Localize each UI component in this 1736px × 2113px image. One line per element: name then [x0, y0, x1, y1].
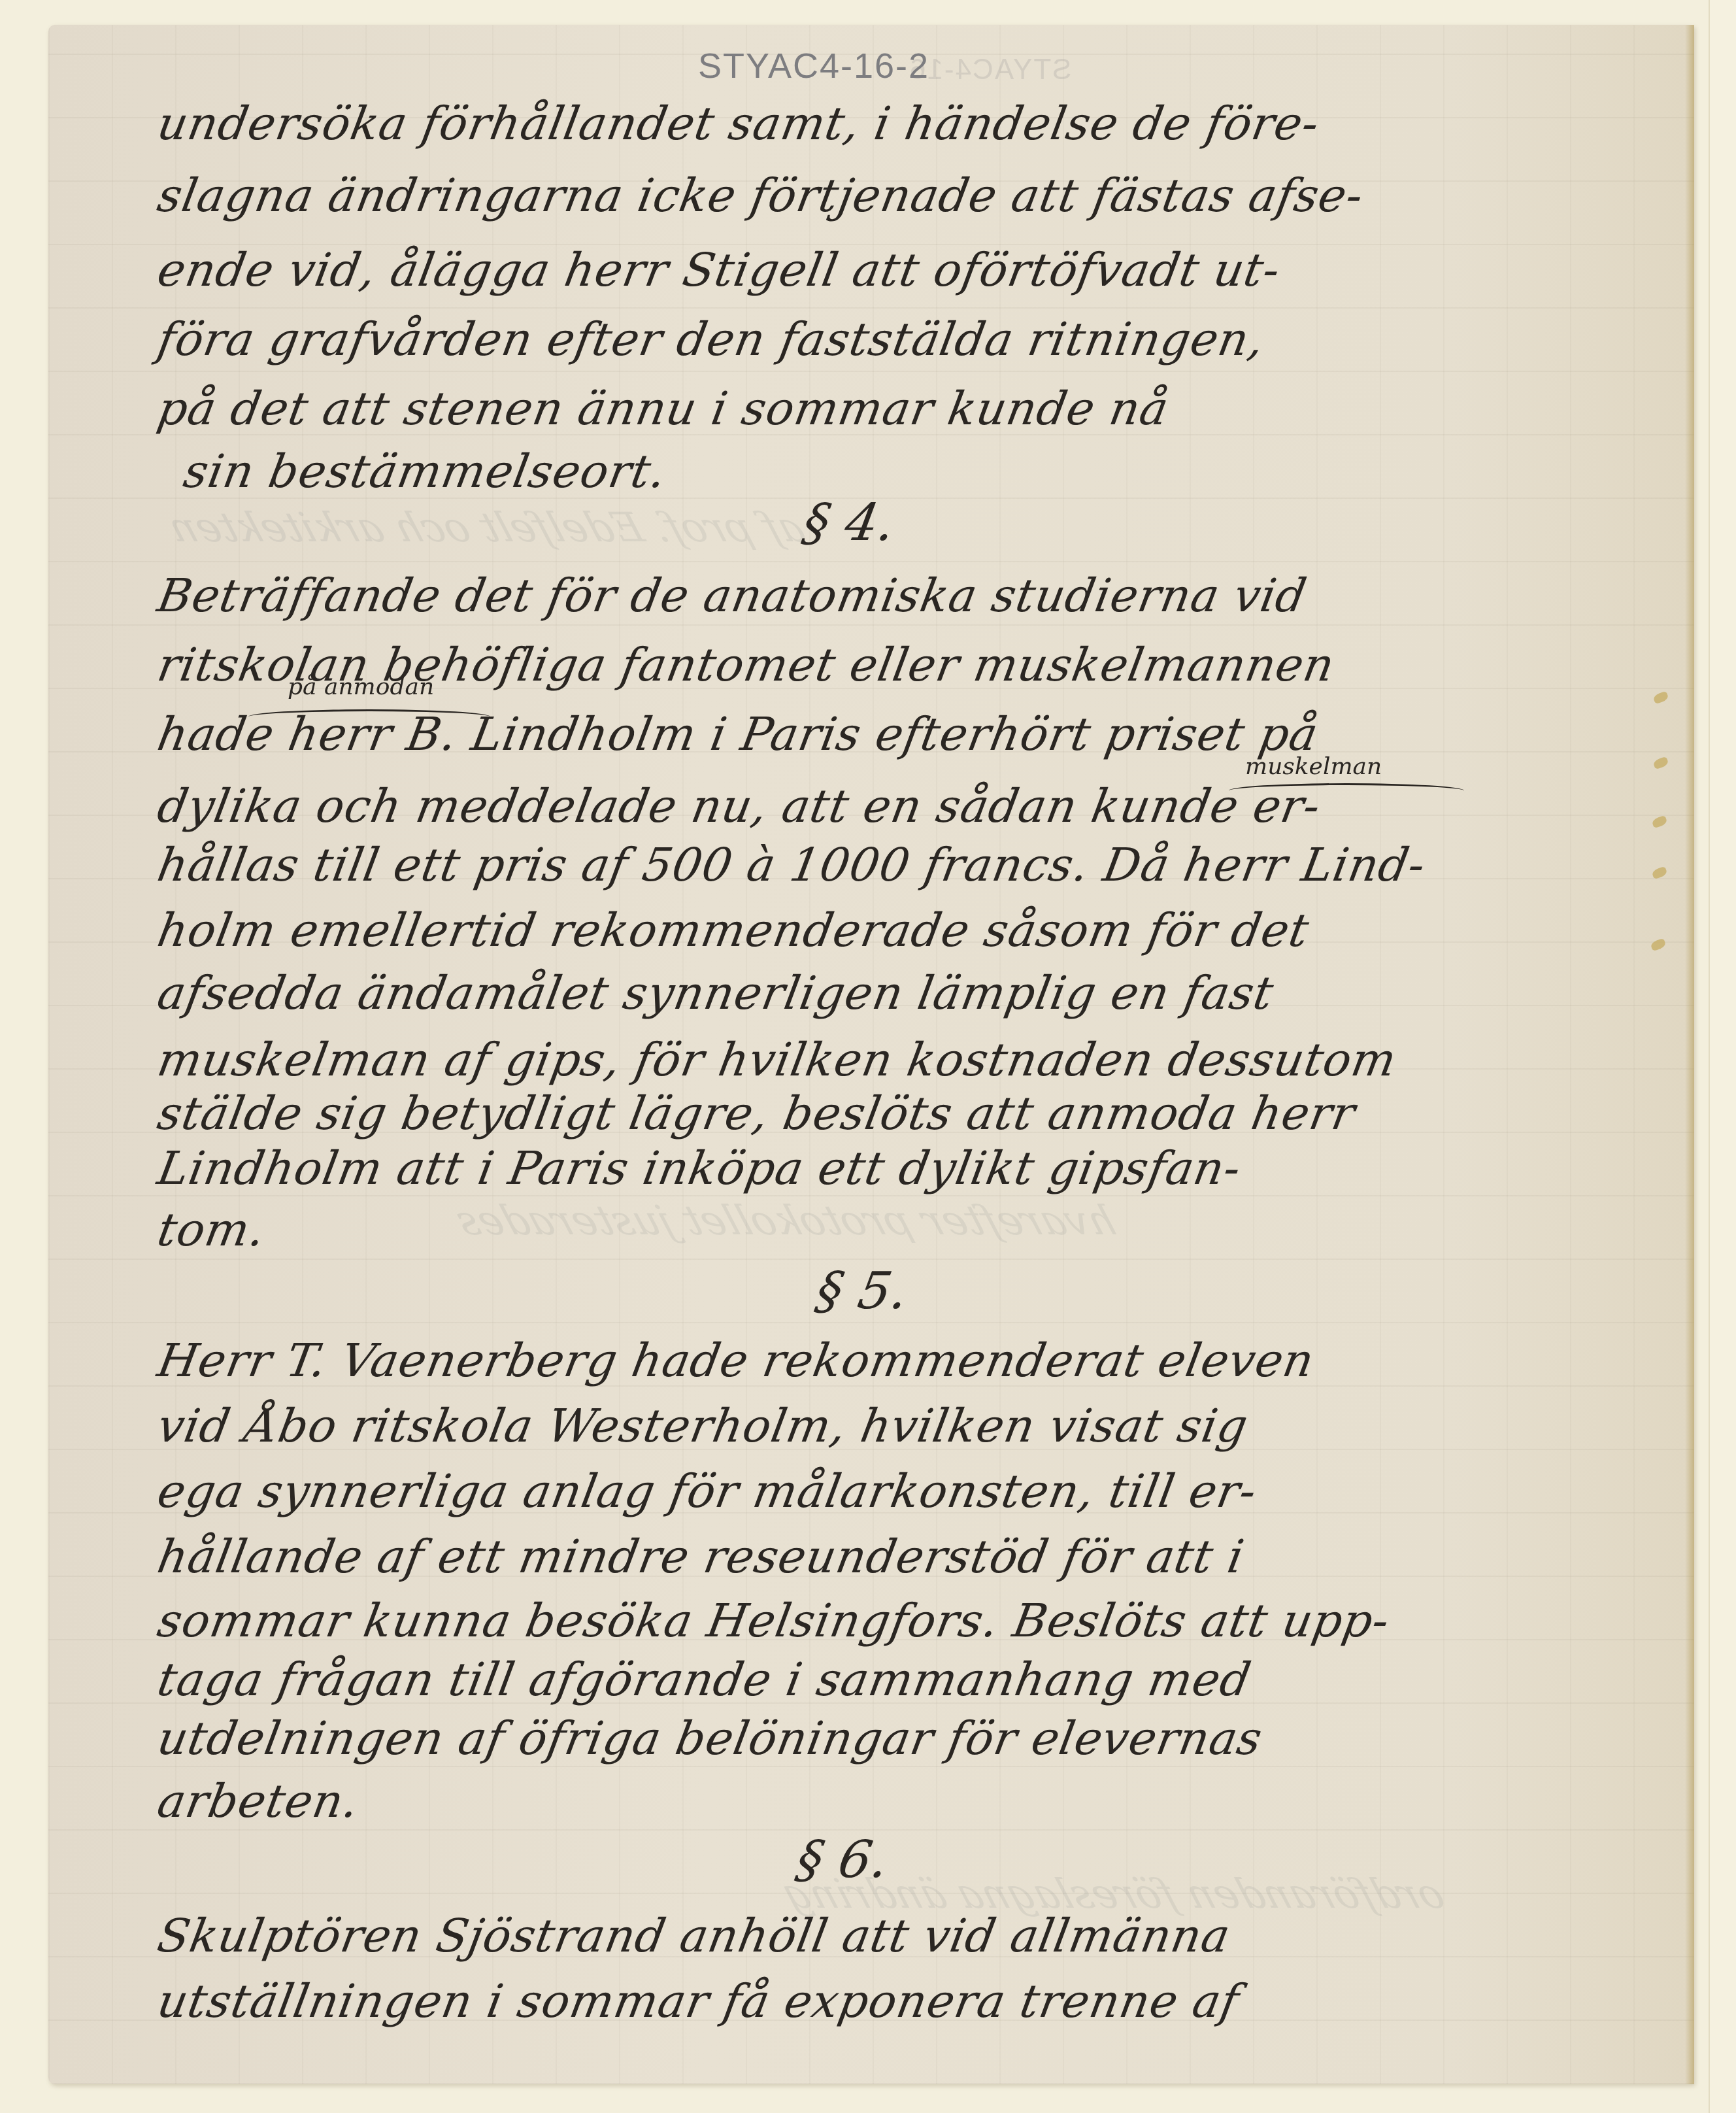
bleed-through-text: hvarefter protokollet justerades: [450, 1196, 1122, 1244]
manuscript-line: sommar kunna besöka Helsingfors. Beslöts…: [154, 1594, 1394, 1648]
manuscript-line: på det att stenen ännu i sommar kunde nå: [154, 382, 1173, 435]
manuscript-line: Lindholm att i Paris inköpa ett dylikt g…: [154, 1141, 1245, 1195]
manuscript-line: holm emellertid rekommenderade såsom för…: [154, 904, 1313, 957]
manuscript-line: ende vid, ålägga herr Stigell att oförtö…: [154, 243, 1284, 297]
manuscript-line: tom.: [154, 1203, 269, 1257]
manuscript-line: dylika och meddelade nu, att en sådan ku…: [154, 779, 1325, 833]
manuscript-line: hållande af ett mindre reseunderstöd för…: [154, 1530, 1248, 1583]
manuscript-line: afsedda ändamålet synnerligen lämplig en…: [154, 966, 1278, 1020]
mount-board-edge: [1709, 0, 1736, 2113]
manuscript-line: vid Åbo ritskola Westerholm, hvilken vis…: [154, 1399, 1252, 1453]
interlinear-insert: muskelman: [1245, 753, 1382, 780]
manuscript-line: arbeten.: [154, 1774, 363, 1828]
binding-hole: [1651, 866, 1667, 880]
binding-hole: [1652, 756, 1669, 770]
interlinear-insert: på anmodan: [288, 673, 434, 700]
manuscript-line: Beträffande det för de anatomiska studie…: [154, 569, 1311, 622]
manuscript-line: muskelman af gips, för hvilken kostnaden…: [154, 1033, 1401, 1087]
manuscript-line: stälde sig betydligt lägre, beslöts att …: [154, 1087, 1360, 1140]
bleed-through-text: af prof. Edelfelt och arkitekten: [162, 503, 810, 551]
binding-hole: [1652, 691, 1669, 705]
manuscript-line: föra grafvården efter den faststälda rit…: [154, 313, 1269, 366]
manuscript-line: Skulptören Sjöstrand anhöll att vid allm…: [154, 1909, 1235, 1963]
section-heading-4: § 4.: [799, 494, 899, 552]
manuscript-line: undersöka förhållandet samt, i händelse …: [154, 97, 1324, 150]
archive-id-ghost: STYAC4-16: [909, 54, 1072, 86]
manuscript-line: utställningen i sommar få exponera trenn…: [154, 1974, 1243, 2028]
manuscript-line: taga frågan till afgörande i sammanhang …: [154, 1653, 1255, 1706]
manuscript-line: hade herr B. Lindholm i Paris efterhört …: [154, 707, 1322, 761]
manuscript-line: ega synnerliga anlag för målarkonsten, t…: [154, 1464, 1261, 1518]
manuscript-line: sin bestämmelseort.: [180, 445, 671, 498]
binding-hole: [1650, 938, 1666, 952]
archive-id-pencil: STYAC4-16-2: [698, 46, 929, 86]
binding-hole: [1651, 815, 1667, 829]
manuscript-line: Herr T. Vaenerberg hade rekommenderat el…: [154, 1334, 1318, 1387]
section-heading-5: § 5.: [812, 1262, 912, 1321]
section-heading-6: § 6.: [792, 1831, 893, 1889]
manuscript-line: slagna ändringarna icke förtjenade att f…: [154, 169, 1367, 222]
manuscript-line: hållas till ett pris af 500 à 1000 franc…: [154, 838, 1429, 892]
manuscript-line: utdelningen af öfriga belöningar för ele…: [154, 1712, 1267, 1765]
